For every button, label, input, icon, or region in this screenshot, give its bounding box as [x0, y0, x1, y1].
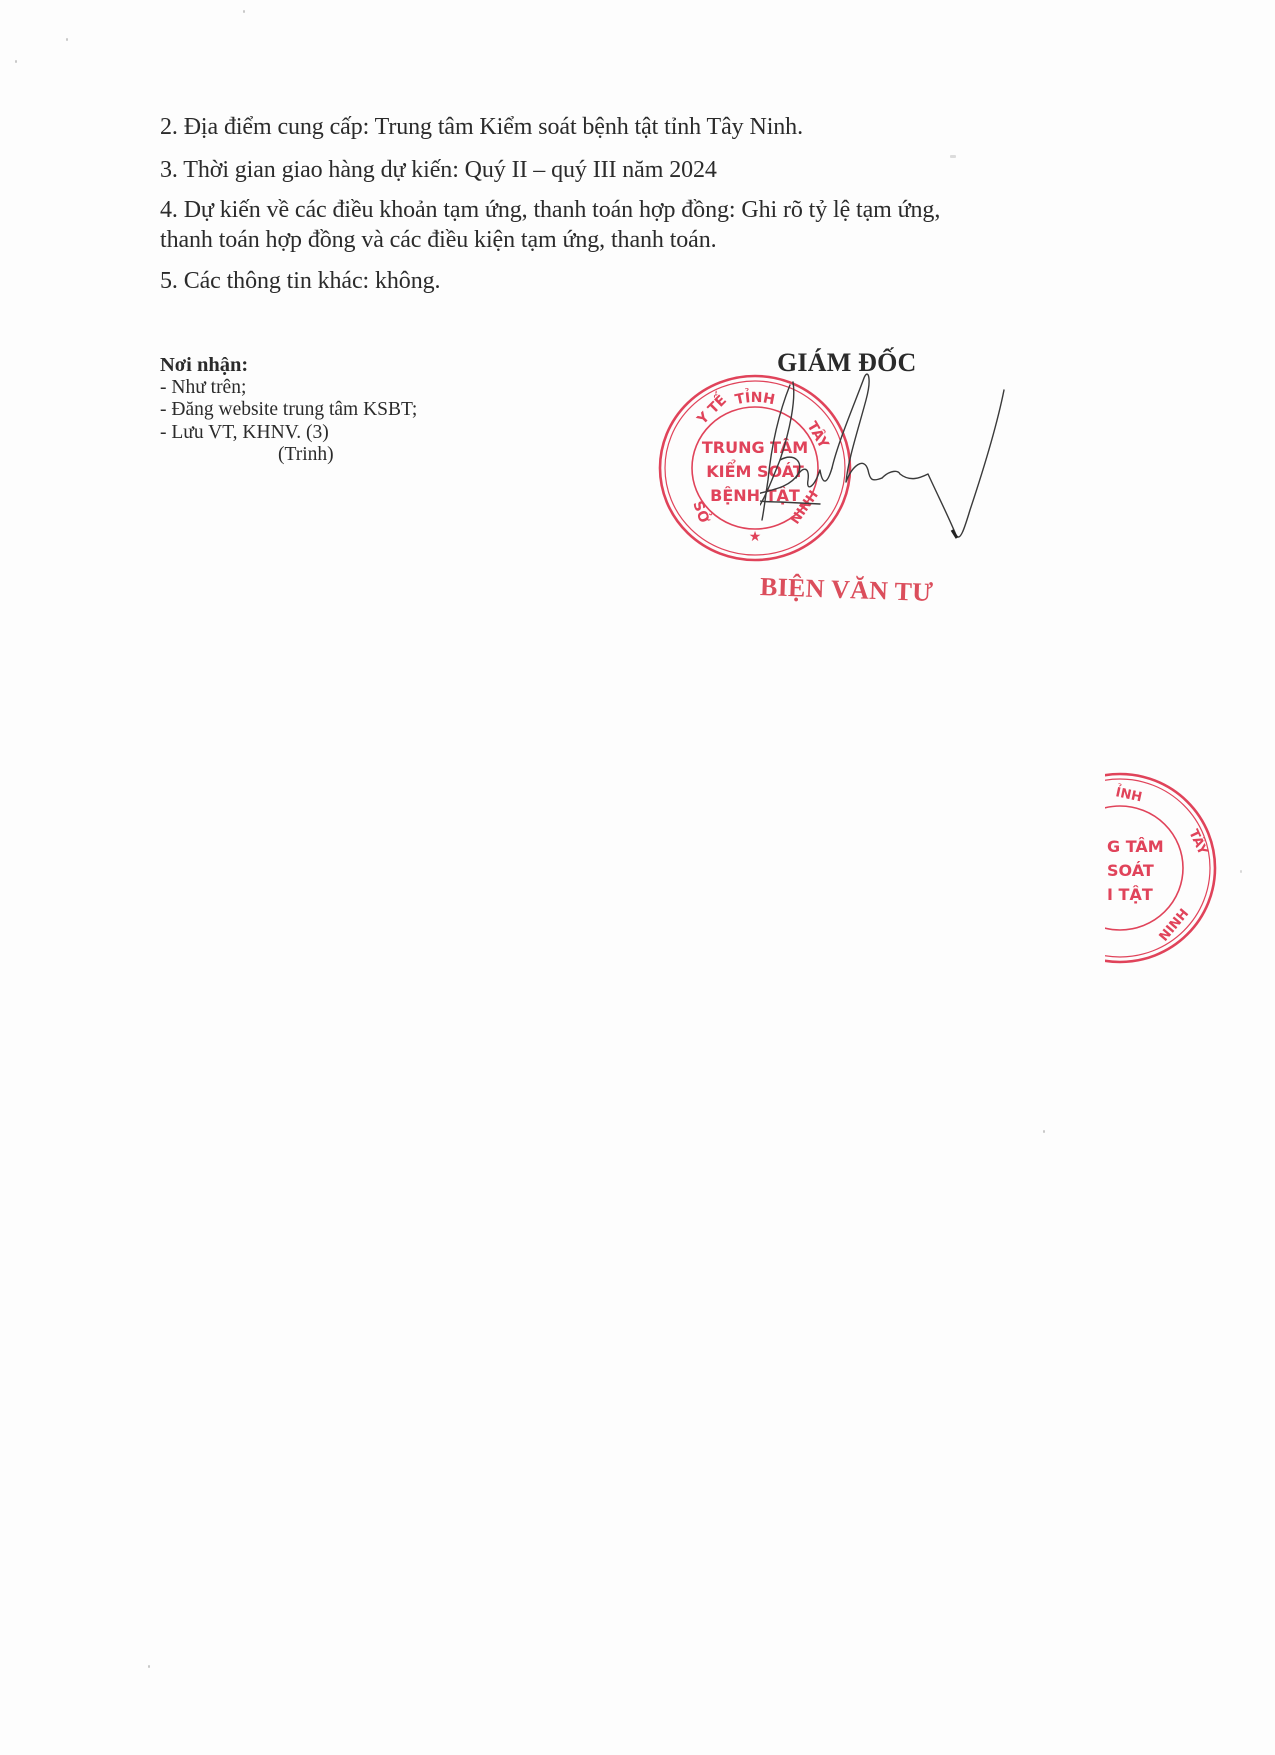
recipient-item: - Như trên;	[160, 377, 417, 400]
item-delivery-time: 3. Thời gian giao hàng dự kiến: Quý II –…	[160, 155, 717, 185]
handwritten-signature-icon	[760, 370, 1100, 570]
scan-speck	[1240, 870, 1242, 873]
scan-speck	[66, 38, 68, 41]
recipients-heading: Nơi nhận:	[160, 354, 417, 377]
item-delivery-location: 2. Địa điểm cung cấp: Trung tâm Kiểm soá…	[160, 112, 803, 142]
recipients-block: Nơi nhận: - Như trên; - Đăng website tru…	[160, 354, 417, 467]
partial-stamp-icon: ỈNH G TÂM SOÁT I TẬT TÂY NINH	[1105, 770, 1225, 966]
recipient-item: - Lưu VT, KHNV. (3)	[160, 422, 417, 445]
svg-text:ỈNH: ỈNH	[1114, 783, 1144, 805]
scan-speck	[15, 60, 17, 63]
svg-text:SOÁT: SOÁT	[1107, 861, 1154, 880]
item-payment-terms-line-2: thanh toán hợp đồng và các điều kiện tạm…	[160, 225, 940, 255]
document-page: 2. Địa điểm cung cấp: Trung tâm Kiểm soá…	[0, 0, 1275, 1755]
recipient-item: - Đăng website trung tâm KSBT;	[160, 399, 417, 422]
drafter-initials: (Trinh)	[160, 444, 417, 467]
item-payment-terms-line-1: 4. Dự kiến về các điều khoản tạm ứng, th…	[160, 195, 940, 225]
svg-text:G TÂM: G TÂM	[1107, 837, 1164, 856]
scan-speck	[950, 155, 956, 158]
svg-text:I TẬT: I TẬT	[1107, 884, 1153, 904]
scan-speck	[148, 1665, 150, 1668]
item-payment-terms: 4. Dự kiến về các điều khoản tạm ứng, th…	[160, 195, 940, 255]
scan-speck	[1043, 1130, 1045, 1133]
signer-name: BIỆN VĂN TƯ	[759, 572, 933, 608]
scan-speck	[243, 10, 245, 13]
item-other-info: 5. Các thông tin khác: không.	[160, 266, 440, 296]
